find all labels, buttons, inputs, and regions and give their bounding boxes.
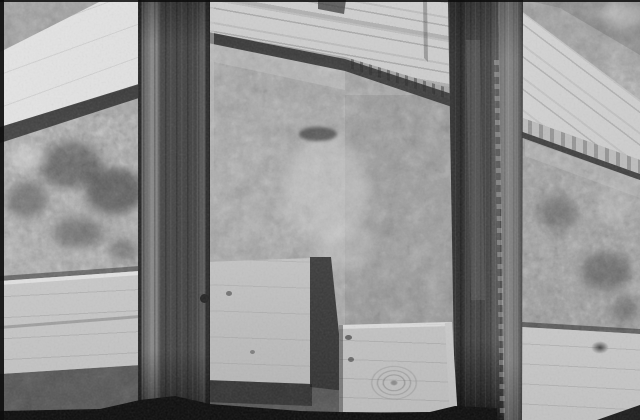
soil-light-corner-bulge (284, 138, 370, 240)
retaining-wall-photo (0, 0, 640, 420)
soil-void-right-3 (612, 296, 638, 322)
soil-void-dark-3 (6, 182, 48, 218)
film-border-left (0, 0, 4, 420)
soil-light-top-right (602, 2, 640, 28)
timber-knot-mark-a2 (250, 350, 255, 354)
soil-void-dark-4 (52, 218, 104, 248)
soil-light-patch-left (8, 146, 48, 170)
soil-pocket-recess (299, 127, 337, 141)
timber-knot-mark-b2 (348, 357, 354, 362)
timber-knot-swirl (362, 352, 426, 408)
timber-knot-mark-b1 (345, 335, 352, 340)
soil-light-right (598, 184, 632, 224)
timber-knot-bottom-right (591, 341, 609, 354)
film-border-top (0, 0, 640, 2)
soil-void-right-2 (580, 252, 632, 290)
soil-void-dark-2 (86, 168, 144, 214)
timber-knot-mark-a1 (226, 291, 232, 296)
soil-void-dark-5 (108, 238, 138, 260)
steel-pile-left-bolt-nub (200, 294, 209, 303)
soil-void-right-1 (538, 196, 578, 230)
